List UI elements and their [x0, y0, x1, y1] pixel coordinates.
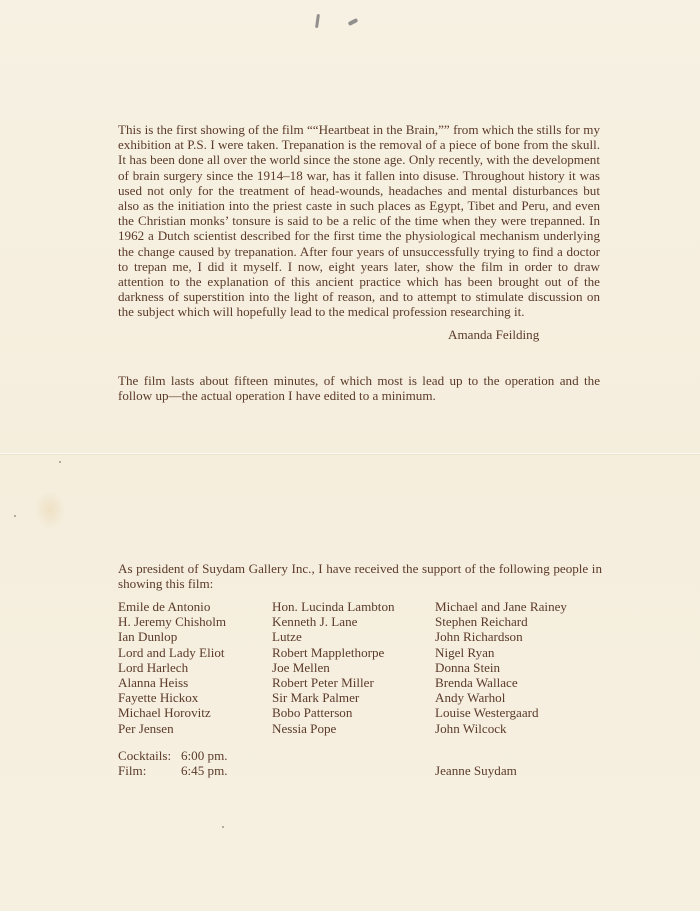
supporter-name: Joe Mellen	[272, 660, 395, 675]
supporters-column-3: Michael and Jane Rainey Stephen Reichard…	[435, 599, 567, 736]
supporter-name: Donna Stein	[435, 660, 567, 675]
supporter-name: John Wilcock	[435, 721, 567, 736]
supporter-name: Fayette Hickox	[118, 690, 226, 705]
author-signature: Amanda Feilding	[448, 327, 539, 342]
supporter-name: Robert Peter Miller	[272, 675, 395, 690]
fold-crease	[0, 453, 700, 454]
schedule-time: 6:00 pm.	[181, 748, 228, 763]
supporter-name: Louise Westergaard	[435, 705, 567, 720]
body-paragraph-film-description: This is the first showing of the film ““…	[118, 122, 600, 320]
paper-speck	[222, 826, 224, 828]
supporter-name: Per Jensen	[118, 721, 226, 736]
supporter-name: Michael and Jane Rainey	[435, 599, 567, 614]
event-schedule: Cocktails: 6:00 pm. Film: 6:45 pm.	[118, 748, 228, 778]
supporter-name: Emile de Antonio	[118, 599, 226, 614]
paper-speck	[59, 461, 61, 463]
supporter-name: Nessia Pope	[272, 721, 395, 736]
schedule-time: 6:45 pm.	[181, 763, 228, 778]
supporter-name: Bobo Patterson	[272, 705, 395, 720]
supporter-name: Stephen Reichard	[435, 614, 567, 629]
supporter-name: Sir Mark Palmer	[272, 690, 395, 705]
supporter-name: Andy Warhol	[435, 690, 567, 705]
supporters-intro: As president of Suydam Gallery Inc., I h…	[118, 561, 602, 591]
president-signature: Jeanne Suydam	[435, 763, 517, 778]
schedule-row-film: Film: 6:45 pm.	[118, 763, 228, 778]
schedule-label: Film:	[118, 763, 181, 778]
supporter-name: Lord Harlech	[118, 660, 226, 675]
supporters-column-1: Emile de Antonio H. Jeremy Chisholm Ian …	[118, 599, 226, 736]
supporter-name: Lutze	[272, 629, 395, 644]
paper-speck	[14, 515, 16, 517]
supporter-name: Michael Horovitz	[118, 705, 226, 720]
supporter-name: Lord and Lady Eliot	[118, 645, 226, 660]
supporter-name: Hon. Lucinda Lambton	[272, 599, 395, 614]
supporter-name: John Richardson	[435, 629, 567, 644]
supporter-name: Robert Mapplethorpe	[272, 645, 395, 660]
schedule-label: Cocktails:	[118, 748, 181, 763]
supporter-name: H. Jeremy Chisholm	[118, 614, 226, 629]
supporter-name: Kenneth J. Lane	[272, 614, 395, 629]
body-paragraph-film-length: The film lasts about fifteen minutes, of…	[118, 373, 600, 403]
supporter-name: Ian Dunlop	[118, 629, 226, 644]
supporters-column-2: Hon. Lucinda Lambton Kenneth J. Lane Lut…	[272, 599, 395, 736]
supporter-name: Alanna Heiss	[118, 675, 226, 690]
supporter-name: Nigel Ryan	[435, 645, 567, 660]
supporter-name: Brenda Wallace	[435, 675, 567, 690]
schedule-row-cocktails: Cocktails: 6:00 pm.	[118, 748, 228, 763]
